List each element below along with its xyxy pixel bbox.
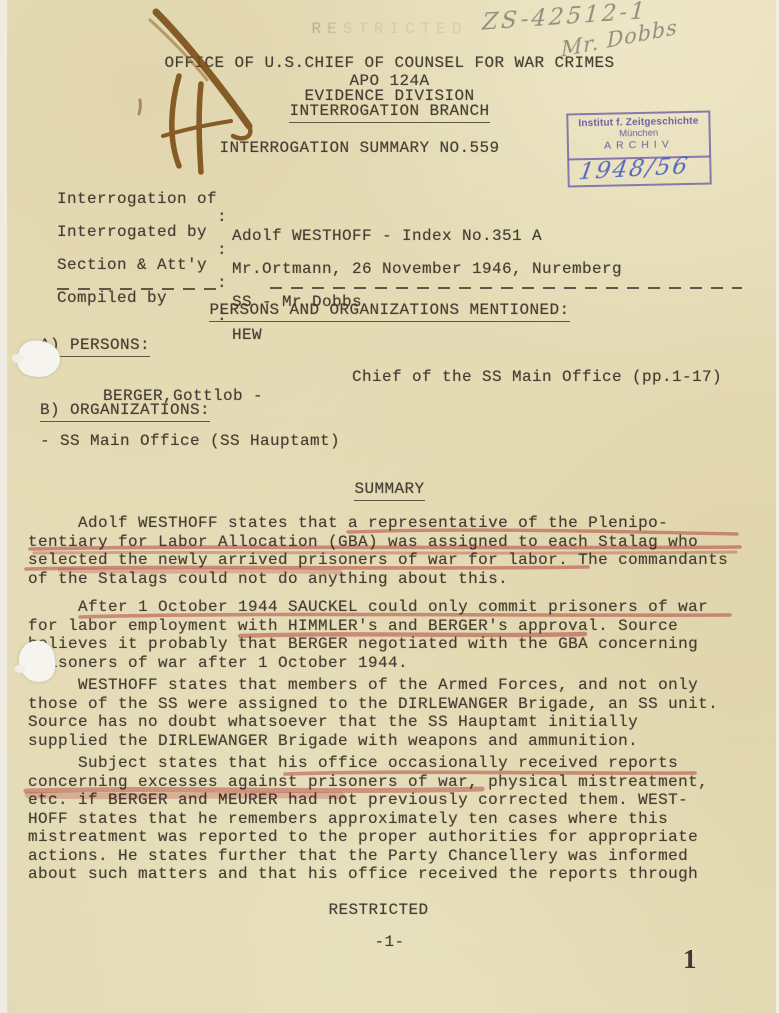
stamped-page-number: 1 (683, 944, 697, 975)
person-entry-role: Chief of the SS Main Office (pp.1-17) (352, 368, 722, 387)
compiled-by-dashed-underline (57, 288, 219, 290)
compiled-by-dashed-rule (270, 287, 742, 289)
typed-page-number: -1- (0, 933, 779, 952)
summary-paragraph-3: WESTHOFF states that members of the Arme… (28, 676, 718, 750)
summary-heading-row: SUMMARY (0, 480, 779, 499)
mentioned-heading-row: PERSONS AND ORGANIZATIONS MENTIONED: (0, 301, 779, 320)
summary-paragraph-4: Subject states that his office occasiona… (28, 754, 708, 884)
scanned-document-page: RESTRICTED OFFICE OF U.S.CHIEF OF COUNSE… (0, 0, 779, 1013)
organization-entry: - SS Main Office (SS Hauptamt) (40, 432, 340, 451)
archive-stamp: Institut f. Zeitgeschichte München ARCHI… (566, 111, 712, 188)
header-office-line: OFFICE OF U.S.CHIEF OF COUNSEL FOR WAR C… (0, 54, 779, 73)
organizations-heading: B) ORGANIZATIONS: (40, 401, 210, 422)
classification-bottom: RESTRICTED (0, 901, 768, 920)
summary-heading: SUMMARY (354, 480, 424, 501)
summary-paragraph-2: After 1 October 1944 SAUCKEL could only … (28, 598, 708, 672)
handwritten-archive-number: 1948/56 (577, 153, 691, 185)
mentioned-heading: PERSONS AND ORGANIZATIONS MENTIONED: (209, 301, 569, 322)
meta-value: HEW (232, 326, 262, 345)
archive-stamp-archiv-line: ARCHIV (569, 138, 709, 153)
organizations-heading-row: B) ORGANIZATIONS: (40, 401, 210, 420)
header-branch-underlined: INTERROGATION BRANCH (289, 102, 489, 123)
scan-edge-left (0, 0, 7, 1013)
summary-paragraph-1: Adolf WESTHOFF states that a representat… (28, 514, 728, 588)
